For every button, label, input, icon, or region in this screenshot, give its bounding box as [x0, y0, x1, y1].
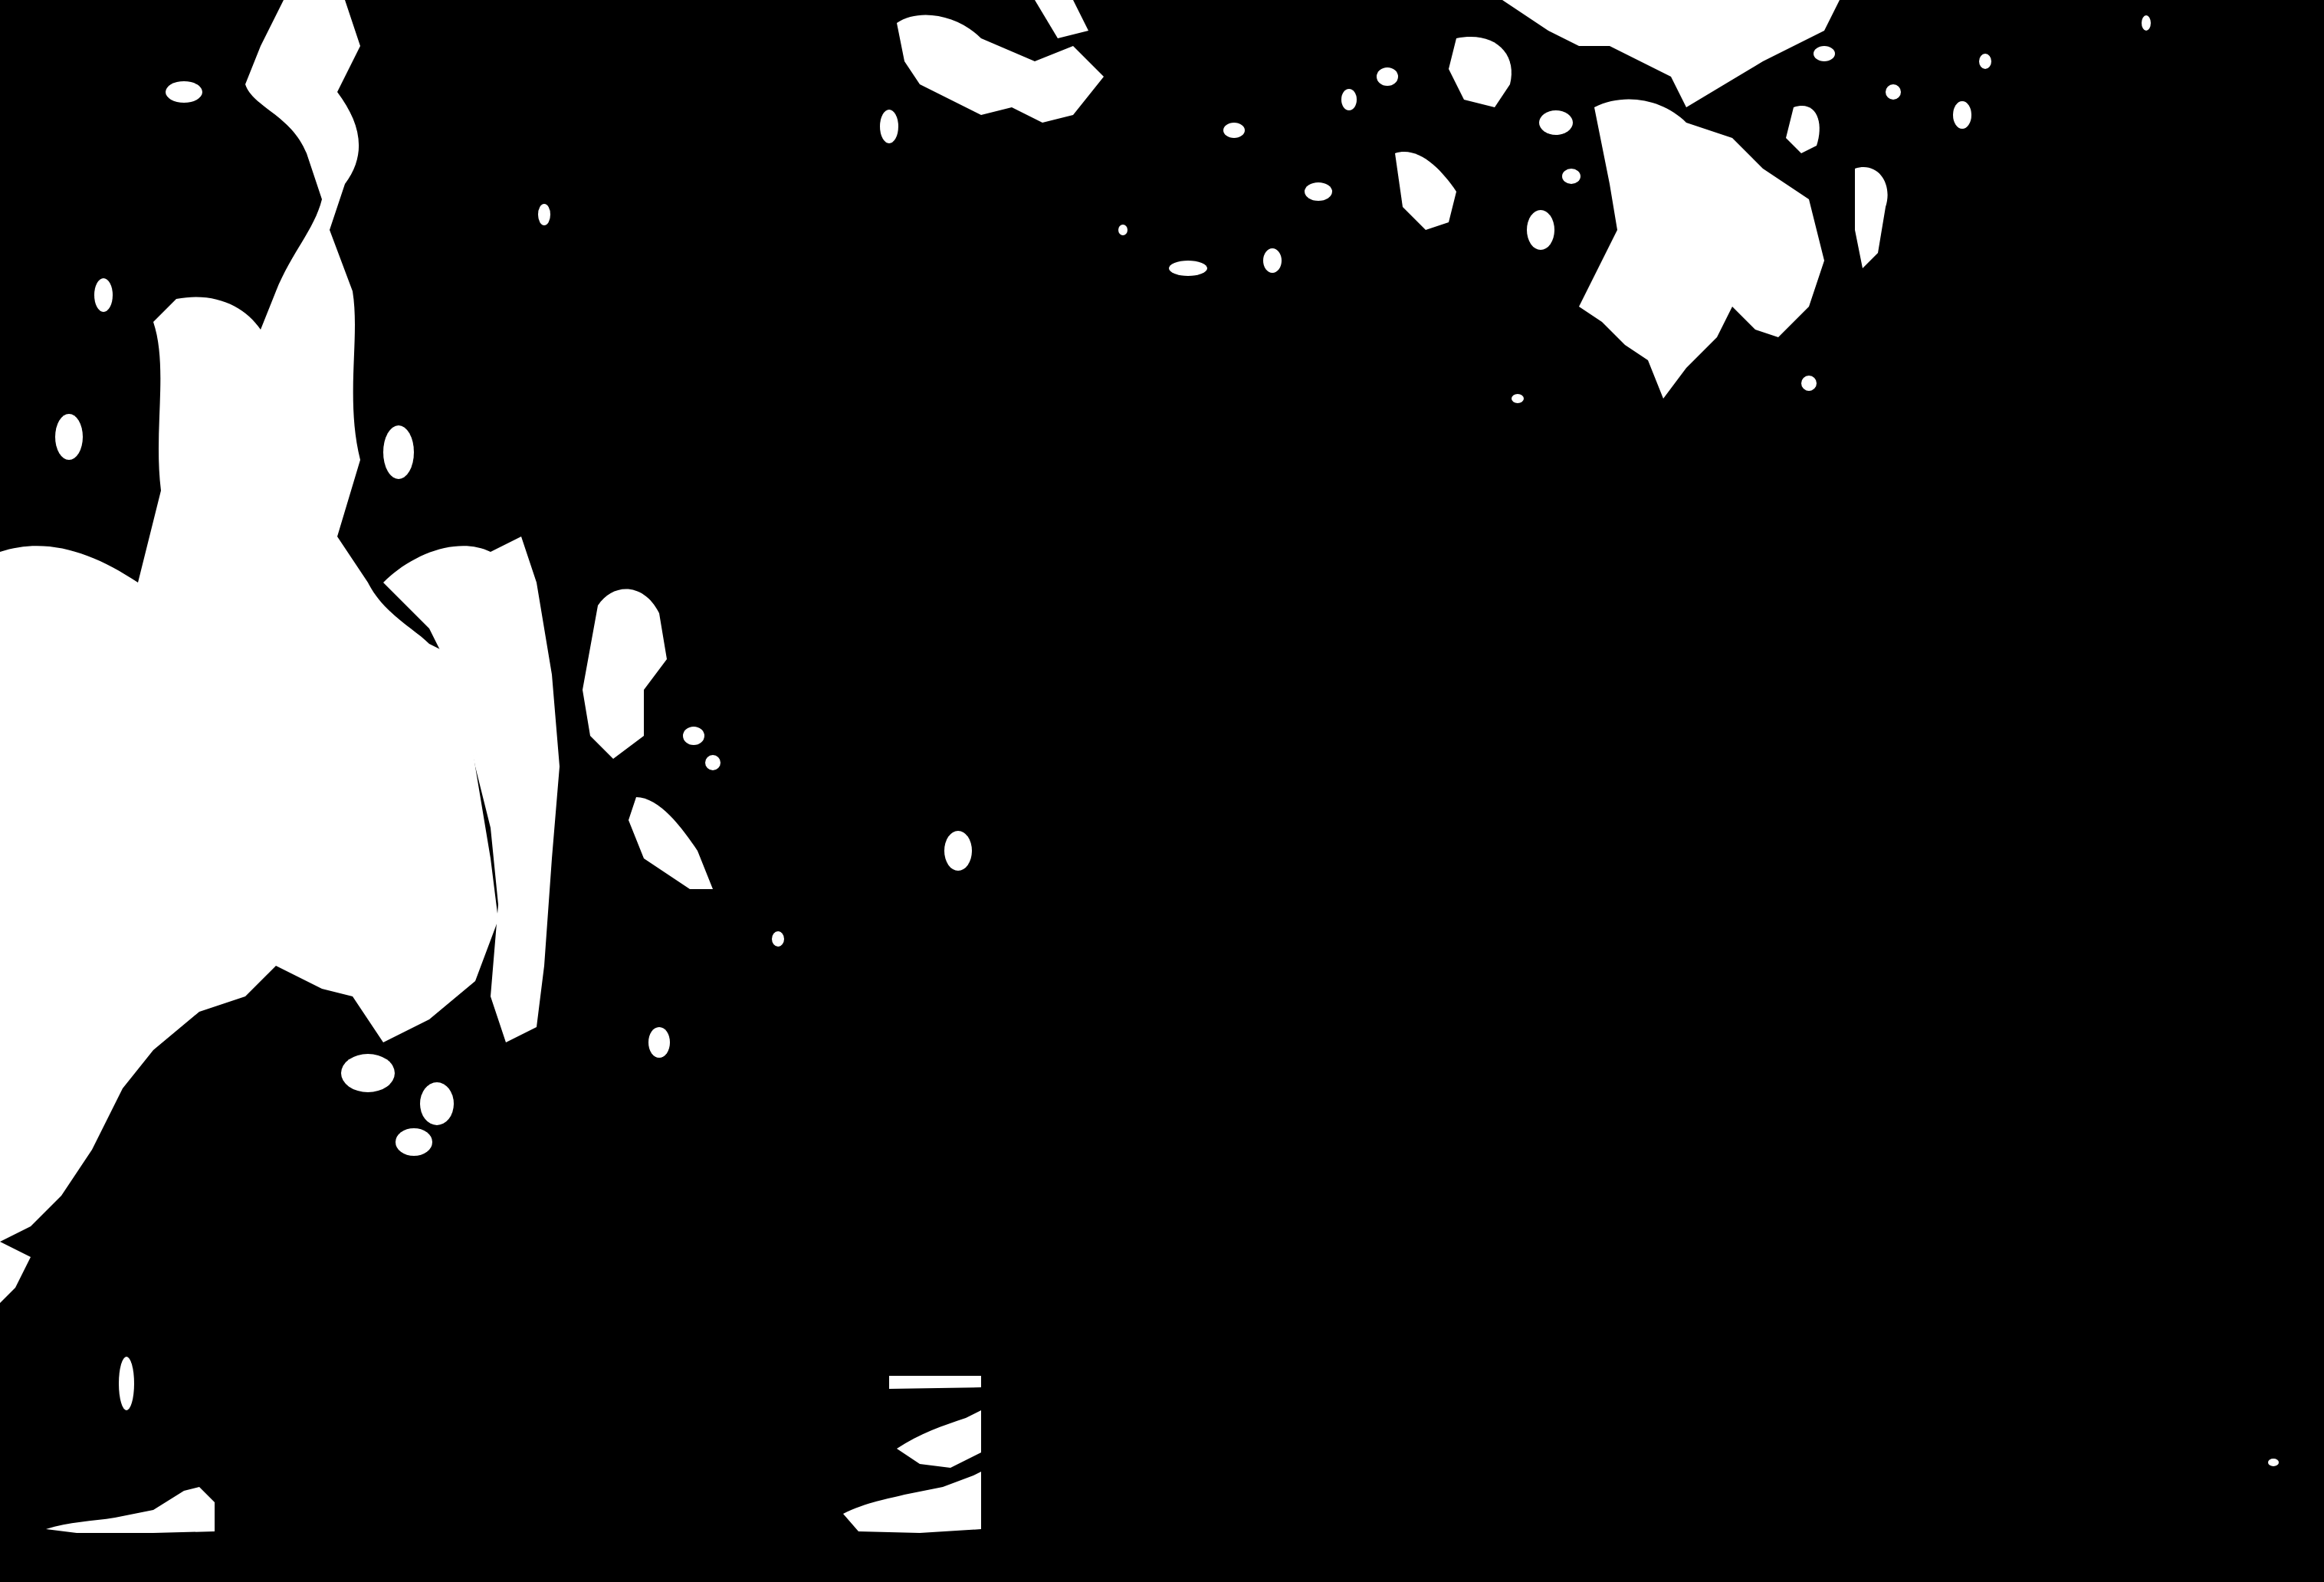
segmentation-mask: [0, 0, 2324, 1582]
